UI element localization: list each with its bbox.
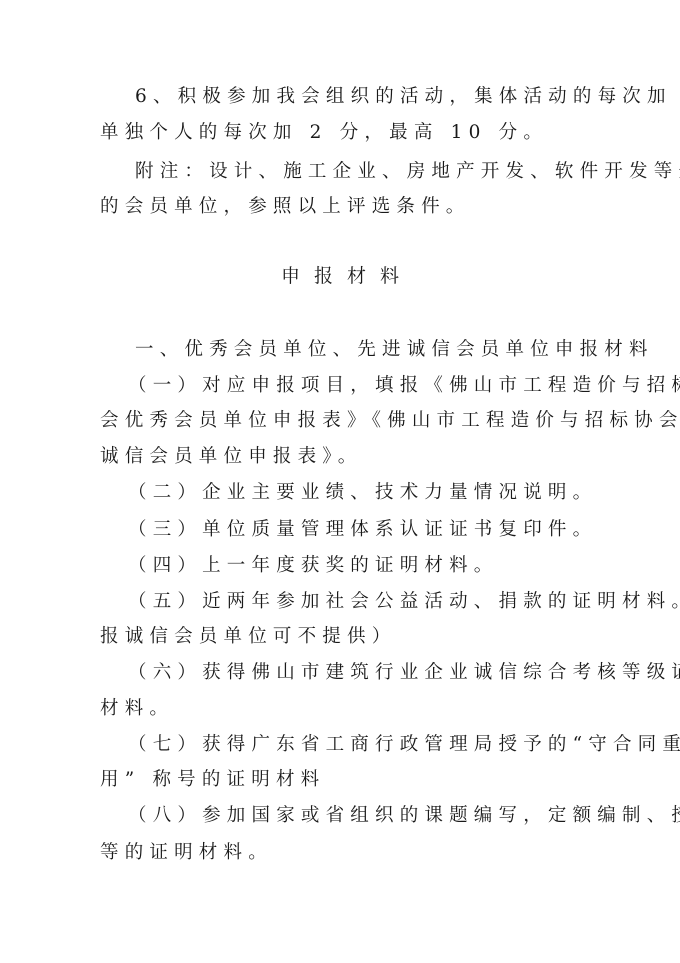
section-heading: 一、优秀会员单位、先进诚信会员单位申报材料 bbox=[135, 338, 578, 362]
item-5-line-1: （五）近两年参加社会公益活动、捐款的证明材料。（申 bbox=[128, 590, 606, 614]
item-8-line-2: 等的证明材料。 bbox=[100, 841, 578, 865]
item-1-line-1: （一）对应申报项目，填报《佛山市工程造价与招标协 bbox=[128, 374, 606, 398]
item-1-line-3: 诚信会员单位申报表》。 bbox=[100, 445, 578, 469]
section-title: 申报材料 bbox=[0, 264, 680, 288]
item-7-line-1: （七）获得广东省工商行政管理局授予的“守合同重信 bbox=[128, 733, 606, 757]
paragraph-6-line-2: 单独个人的每次加 2 分，最高 10 分。 bbox=[100, 121, 578, 145]
item-8-line-1: （八）参加国家或省组织的课题编写，定额编制、授课 bbox=[128, 804, 606, 828]
item-3-line-1: （三）单位质量管理体系认证证书复印件。 bbox=[128, 518, 606, 542]
item-6-line-1: （六）获得佛山市建筑行业企业诚信综合考核等级证明 bbox=[128, 661, 606, 685]
note-line-1: 附注：设计、施工企业、房地产开发、软件开发等企业 bbox=[135, 160, 578, 184]
paragraph-6-line-1: 6、积极参加我会组织的活动，集体活动的每次加 1 分， bbox=[135, 85, 578, 109]
item-1-line-2: 会优秀会员单位申报表》《佛山市工程造价与招标协会先进 bbox=[100, 409, 578, 433]
document-page: 6、积极参加我会组织的活动，集体活动的每次加 1 分， 单独个人的每次加 2 分… bbox=[0, 0, 680, 963]
item-4-line-1: （四）上一年度获奖的证明材料。 bbox=[128, 554, 606, 578]
item-7-line-2: 用” 称号的证明材料 bbox=[100, 768, 578, 792]
item-2-line-1: （二）企业主要业绩、技术力量情况说明。 bbox=[128, 481, 606, 505]
note-line-2: 的会员单位，参照以上评选条件。 bbox=[100, 195, 578, 219]
item-5-line-2: 报诚信会员单位可不提供） bbox=[100, 625, 578, 649]
item-6-line-2: 材料。 bbox=[100, 697, 578, 721]
